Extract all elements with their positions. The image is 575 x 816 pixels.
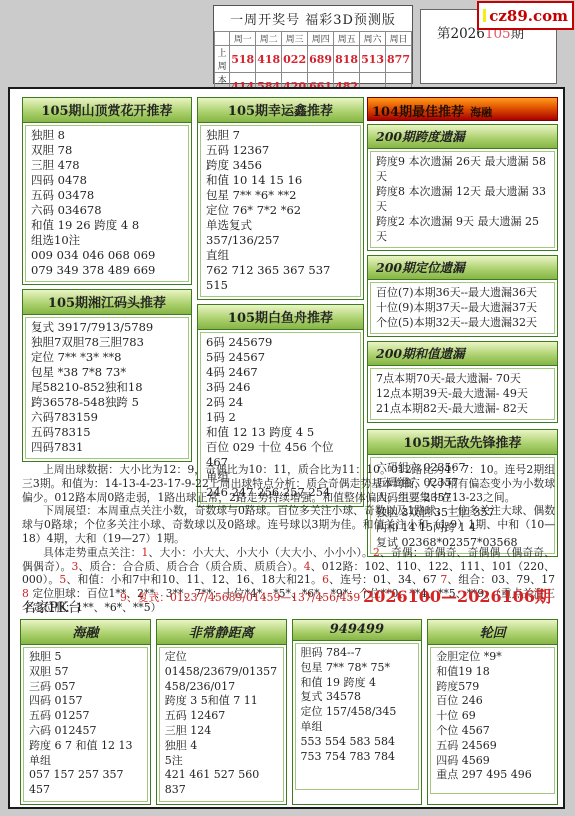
text-line: 组选10注 <box>31 233 183 248</box>
logo-square-icon <box>483 9 486 22</box>
text-segment: 上周出球数据：大小比为12：9，奇偶比为10：11，质合比为11：10。012路… <box>22 463 555 504</box>
text-line: 金胆定位 *9* <box>436 650 549 665</box>
recommend-box-shanding: 105期山顶赏花开推荐 独胆 8双胆 78三胆 478四码 0478五码 034… <box>22 97 192 285</box>
miss-box-sum: 200期和值遗漏 7点本期70天-最大遗漏- 70天12点本期39天-最大遗漏-… <box>367 341 558 423</box>
text-line: 五码78315 <box>31 425 183 440</box>
text-line: 跨度9 本次遗漏 26天 最大遗漏 58天 <box>376 154 549 184</box>
text-segment: 下周展望：本周重点关注小数，奇数球与0路球。百位多关注小球、奇数以及1路球；十位… <box>22 504 555 545</box>
text-segment: 2 <box>373 546 380 559</box>
box-content: 独胆 8双胆 78三胆 478四码 0478五码 03478六码 034678和… <box>25 125 189 282</box>
text-line: 单组 <box>301 720 414 735</box>
recommend-box-xiangjiang: 105期湘江码头推荐 复式 3917/7913/5789独胆7双胆78三胆783… <box>22 289 192 462</box>
pk-expert-name: 海融 <box>21 620 150 645</box>
pk-expert-content: 独胆 5双胆 57三码 057四码 0157五码 01257六码 012457跨… <box>23 647 148 802</box>
text-line: 7点本期70天-最大遗漏- 70天 <box>376 371 549 386</box>
text-line: 包星 7** 78* 75* <box>301 661 414 676</box>
text-line: 定位 157/458/345 <box>301 705 414 720</box>
text-segment: 、和值：小和7中和10、11、12、16、18大和21。 <box>66 573 322 586</box>
best-recommend-header: 104期最佳推荐海融 <box>367 97 558 121</box>
logo-link[interactable]: cz89.com <box>477 1 574 30</box>
box-title: 105期湘江码头推荐 <box>23 290 191 315</box>
text-line: 单组 <box>29 754 142 769</box>
text-line: 五码 12467 <box>165 709 278 724</box>
period-range: 2026100—2026106期 <box>363 584 551 607</box>
pk-expert-name: 非常静距离 <box>157 620 286 645</box>
text-line: 四码 4569 <box>436 754 549 769</box>
main-frame: 105期山顶赏花开推荐 独胆 8双胆 78三胆 478四码 0478五码 034… <box>8 87 565 809</box>
text-line: 定位 76* 7*2 *62 <box>206 203 355 218</box>
pk-expert-name: 949499 <box>293 620 422 641</box>
text-line: 6码 245679 <box>206 335 355 350</box>
text-line: 直组 <box>206 248 355 263</box>
pk-expert-949499: 949499 胆码 784--7包星 7** 78* 75*和值 19 跨度 4… <box>292 619 423 805</box>
page-title: 一周开奖号 福彩3D预测版 <box>214 6 412 28</box>
miss-box-span: 200期跨度遗漏 跨度9 本次遗漏 26天 最大遗漏 58天跨度8 本次遗漏 1… <box>367 124 558 251</box>
pk-expert-name: 轮回 <box>428 620 557 645</box>
best-recommend-author: 海融 <box>464 106 492 119</box>
box-content: 复式 3917/7913/5789独胆7双胆78三胆783定位 7** *3* … <box>25 317 189 459</box>
box-title: 200期定位遗漏 <box>368 256 557 280</box>
text-line: 复式 34578 <box>301 690 414 705</box>
pk-section-label: 名家PK台 <box>22 596 82 616</box>
pk-expert-feichangjingjuli: 非常静距离 定位01458/23679/01357458/236/017跨度 3… <box>156 619 287 805</box>
text-line: 057 157 257 357 457 <box>29 768 142 798</box>
text-line: 四码 0157 <box>29 694 142 709</box>
box-title: 200期和值遗漏 <box>368 342 557 366</box>
column-middle: 105期幸运鑫推荐 独胆 7五码 12367跨度 3456和值 10 14 15… <box>197 97 364 511</box>
text-line: 跨度 3 5和值 7 11 <box>165 694 278 709</box>
text-line: 五码 24569 <box>436 739 549 754</box>
box-title: 105期山顶赏花开推荐 <box>23 98 191 123</box>
text-line: 4码 2467 <box>206 365 355 380</box>
text-line: 包星 7** *6* **2 <box>206 188 355 203</box>
text-line: 十位 69 <box>436 709 549 724</box>
text-line: 独胆 8 <box>31 128 183 143</box>
text-line: 21点本期82天-最大遗漏- 82天 <box>376 401 549 416</box>
text-line: 单选复式 <box>206 218 355 233</box>
text-line: 5码 24567 <box>206 350 355 365</box>
pk-expert-row: 海融 独胆 5双胆 57三码 057四码 0157五码 01257六码 0124… <box>20 619 558 805</box>
analysis-paragraph: 上周出球数据：大小比为12：9，奇偶比为10：11，质合比为11：10。012路… <box>22 463 555 504</box>
box-title: 105期白鱼舟推荐 <box>198 305 363 330</box>
text-segment: 具体走势重点关注： <box>43 546 142 559</box>
text-line: 五码 03478 <box>31 188 183 203</box>
text-line: 三胆 478 <box>31 158 183 173</box>
text-line: 跨度 6 7 和值 12 13 <box>29 739 142 754</box>
text-line: 762 712 365 367 537 515 <box>206 263 355 293</box>
text-line: 421 461 527 560 837 <box>165 768 278 798</box>
text-line: 和值 12 13 跨度 4 5 <box>206 425 355 440</box>
text-line: 01458/23679/01357 <box>165 665 278 680</box>
text-line: 双胆 78 <box>31 143 183 158</box>
text-line: 跨度8 本次遗漏 12天 最大遗漏 33天 <box>376 184 549 214</box>
pk-expert-lunhui: 轮回 金胆定位 *9*和值19 18跨度579百位 246十位 69个位 456… <box>427 619 558 805</box>
text-line: 553 554 583 584 <box>301 735 414 750</box>
box-content: 百位(7)本期36天--最大遗漏36天十位(9)本期37天--最大遗漏37天个位… <box>370 282 555 334</box>
text-line: 跨度2 本次遗漏 9天 最大遗漏 25天 <box>376 214 549 244</box>
text-line: 复式 3917/7913/5789 <box>31 320 183 335</box>
text-line: 3码 246 <box>206 380 355 395</box>
box-title: 105期幸运鑫推荐 <box>198 98 363 123</box>
text-line: 1码 2 <box>206 410 355 425</box>
box-title: 200期跨度遗漏 <box>368 125 557 149</box>
text-line: 009 034 046 068 069 <box>31 248 183 263</box>
text-line: 独胆 7 <box>206 128 355 143</box>
pk-expert-content: 定位01458/23679/01357458/236/017跨度 3 5和值 7… <box>159 647 284 802</box>
text-line: 十位(9)本期37天--最大遗漏37天 <box>376 300 549 315</box>
best-recommend-title: 104期最佳推荐 <box>372 105 464 120</box>
text-line: 357/136/257 <box>206 233 355 248</box>
recommend-box-xingyunxin: 105期幸运鑫推荐 独胆 7五码 12367跨度 3456和值 10 14 15… <box>197 97 364 300</box>
box-content: 独胆 7五码 12367跨度 3456和值 10 14 15 16包星 7** … <box>200 125 361 297</box>
text-line: 2码 24 <box>206 395 355 410</box>
text-line: 跨36578-548独跨 5 <box>31 395 183 410</box>
logo-text: cz89.com <box>489 7 568 25</box>
text-line: 和值 19 跨度 4 <box>301 676 414 691</box>
text-line: 跨度579 <box>436 680 549 695</box>
text-line: 079 349 378 489 669 <box>31 263 183 278</box>
text-line: 包星 *38 7*8 73* <box>31 365 183 380</box>
text-line: 5注 <box>165 754 278 769</box>
text-segment: 、大小：小大大、小大小（大大小、小小小）。 <box>148 546 373 559</box>
text-line: 个位 4567 <box>436 724 549 739</box>
text-line: 独胆 5 <box>29 650 142 665</box>
text-line: 五码 01257 <box>29 709 142 724</box>
text-line: 六码 012457 <box>29 724 142 739</box>
pk-expert-hairong: 海融 独胆 5双胆 57三码 057四码 0157五码 01257六码 0124… <box>20 619 151 805</box>
text-line: 百位 246 <box>436 694 549 709</box>
text-line: 跨度 3456 <box>206 158 355 173</box>
text-line: 双胆 57 <box>29 665 142 680</box>
box-content: 7点本期70天-最大遗漏- 70天12点本期39天-最大遗漏- 49天21点本期… <box>370 368 555 420</box>
text-line: 定位 <box>165 650 278 665</box>
text-segment: 4 <box>304 560 311 573</box>
text-line: 12点本期39天-最大遗漏- 49天 <box>376 386 549 401</box>
text-line: 四码 0478 <box>31 173 183 188</box>
pk-expert-content: 胆码 784--7包星 7** 78* 75*和值 19 跨度 4复式 3457… <box>295 643 420 790</box>
column-left: 105期山顶赏花开推荐 独胆 8双胆 78三胆 478四码 0478五码 034… <box>22 97 192 466</box>
text-line: 六码783159 <box>31 410 183 425</box>
miss-box-position: 200期定位遗漏 百位(7)本期36天--最大遗漏36天十位(9)本期37天--… <box>367 255 558 337</box>
text-line: 尾58210-852独和18 <box>31 380 183 395</box>
text-line: 定位 7** *3* **8 <box>31 350 183 365</box>
weekly-draws-panel: 一周开奖号 福彩3D预测版 周一周二周三周四周五周六周日上周5184180226… <box>213 5 413 84</box>
text-segment: 6 <box>322 573 329 586</box>
pk-expert-content: 金胆定位 *9*和值19 18跨度579百位 246十位 69个位 4567五码… <box>430 647 555 794</box>
text-line: 753 754 783 784 <box>301 750 414 765</box>
text-line: 和值19 18 <box>436 665 549 680</box>
text-segment: 、质合：合合质、质合合（质合质、质质合）。 <box>78 560 303 573</box>
text-line: 五码 12367 <box>206 143 355 158</box>
text-line: 和值 10 14 15 16 <box>206 173 355 188</box>
text-line: 独胆7双胆78三胆783 <box>31 335 183 350</box>
analysis-red-line: 9、复式：01237/45689/01459—137/456/459 <box>120 590 360 605</box>
box-content: 跨度9 本次遗漏 26天 最大遗漏 58天跨度8 本次遗漏 12天 最大遗漏 3… <box>370 151 555 248</box>
text-line: 458/236/017 <box>165 680 278 695</box>
text-line: 三胆 124 <box>165 724 278 739</box>
analysis-paragraph: 下周展望：本周重点关注小数，奇数球与0路球。百位多关注小球、奇数以及1路球；十位… <box>22 504 555 545</box>
text-line: 重点 297 495 496 <box>436 768 549 783</box>
text-line: 胆码 784--7 <box>301 646 414 661</box>
text-line: 四码7831 <box>31 440 183 455</box>
text-line: 个位(5)本期32天--最大遗漏32天 <box>376 315 549 330</box>
text-line: 独胆 4 <box>165 739 278 754</box>
box-title: 105期无敌先锋推荐 <box>368 430 557 455</box>
text-line: 三码 057 <box>29 680 142 695</box>
text-line: 百位(7)本期36天--最大遗漏36天 <box>376 285 549 300</box>
text-line: 和值 19 26 跨度 4 8 <box>31 218 183 233</box>
text-line: 六码 034678 <box>31 203 183 218</box>
